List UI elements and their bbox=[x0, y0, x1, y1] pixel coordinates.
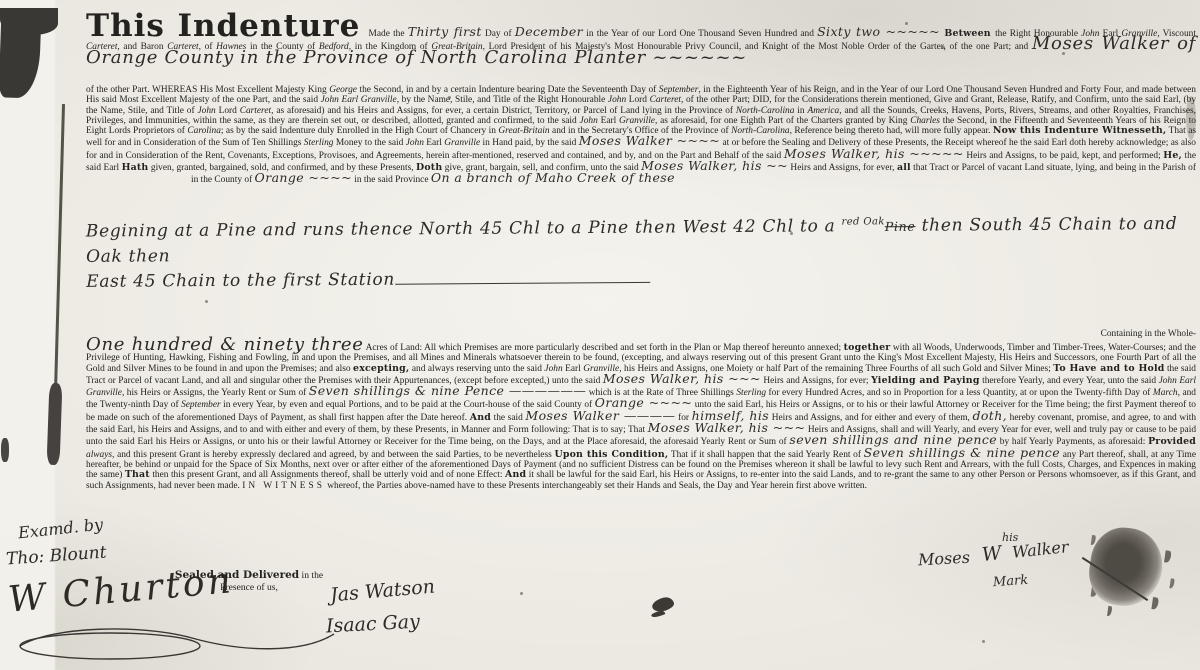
examined-by-note: Examd. by bbox=[17, 515, 104, 543]
text-segment: Sterling bbox=[304, 138, 334, 148]
text-segment: Charles bbox=[910, 116, 940, 126]
text-segment: John Earl Granville bbox=[321, 95, 397, 105]
speck bbox=[205, 300, 208, 303]
text-segment: John bbox=[608, 95, 626, 105]
text-segment: March bbox=[1153, 388, 1178, 398]
text-segment: Seven shillings & nine pence bbox=[864, 445, 1060, 460]
text-segment: East 45 Chain to the first Station bbox=[86, 269, 395, 291]
text-segment: That bbox=[125, 469, 150, 480]
whereas-paragraph: of the other Part. WHEREAS His Most Exce… bbox=[86, 85, 1196, 186]
attestation-rest: in the bbox=[299, 570, 323, 581]
text-segment: He, bbox=[1163, 150, 1182, 161]
text-segment: red Oak bbox=[841, 216, 884, 227]
text-segment: On a branch of Maho Creek of these bbox=[431, 170, 675, 185]
text-segment: December bbox=[515, 24, 583, 39]
text-segment: Yielding and Paying bbox=[871, 375, 980, 386]
text-segment: , and this present Grant is hereby expre… bbox=[112, 450, 554, 460]
signature-flourish bbox=[12, 622, 342, 664]
text-segment: George bbox=[329, 85, 357, 95]
text-segment: Granville bbox=[619, 116, 655, 126]
text-segment: Moses Walker ~~~~ bbox=[579, 133, 720, 148]
text-segment: Carteret bbox=[650, 95, 681, 105]
text-segment: in the County of bbox=[191, 175, 255, 185]
text-segment: Earl bbox=[424, 138, 444, 148]
text-segment: and always reserving unto the said bbox=[409, 364, 544, 374]
paper-fold-stain bbox=[47, 383, 63, 465]
text-segment: John bbox=[197, 106, 215, 116]
sealed-delivered-label: Sealed and Delivered bbox=[175, 569, 299, 581]
grantee-last-name: Walker bbox=[1011, 537, 1069, 562]
text-segment: And bbox=[470, 412, 491, 423]
text-segment: of the other Part. WHEREAS His Most Exce… bbox=[86, 85, 329, 95]
text-segment: that Tract or Parcel of vacant Land situ… bbox=[911, 163, 1196, 173]
text-segment: doth, bbox=[972, 408, 1007, 423]
text-segment: September bbox=[181, 400, 221, 410]
text-segment: Made the bbox=[365, 29, 407, 39]
text-segment: Now this Indenture Witnesseth, bbox=[993, 125, 1166, 136]
indenture-opening-paragraph: This Indenture Made the Thirty first Day… bbox=[86, 13, 1196, 66]
text-segment: for every Hundred Acres, and so in Propo… bbox=[766, 388, 1153, 398]
text-segment: Great-Britain bbox=[498, 126, 549, 136]
text-segment: Provided bbox=[1148, 436, 1196, 447]
text-segment: Earl bbox=[563, 364, 584, 374]
text-segment: in the said Province bbox=[352, 175, 431, 185]
text-segment: September bbox=[659, 85, 699, 95]
habendum-paragraph: One hundred & ninety three Acres of Land… bbox=[86, 340, 1196, 491]
text-segment: , as aforesaid, for one Eighth Part of t… bbox=[655, 116, 910, 126]
attestation-caption: Sealed and Delivered in the Presence of … bbox=[168, 569, 330, 594]
text-segment: Moses Walker, his ~~~~~ bbox=[784, 146, 964, 161]
text-segment: , his Heirs or Assigns, the Yearly Rent … bbox=[122, 388, 309, 398]
text-segment: North-Carolina bbox=[731, 126, 790, 136]
speck bbox=[520, 592, 523, 595]
document-page: This Indenture Made the Thirty first Day… bbox=[0, 0, 1200, 670]
text-segment: John bbox=[544, 364, 562, 374]
text-segment: IN WITNESS bbox=[242, 481, 325, 491]
text-segment: Heirs and Assigns, for ever; bbox=[761, 376, 871, 386]
text-segment: Sterling bbox=[736, 388, 766, 398]
paper-fold-line bbox=[54, 104, 65, 392]
text-segment: This Indenture bbox=[86, 8, 365, 44]
text-segment: Pine bbox=[885, 219, 916, 234]
text-segment: John bbox=[580, 116, 598, 126]
text-segment: in Hand paid, by the said bbox=[480, 138, 579, 148]
text-segment: then this present Grant, and all Assignm… bbox=[150, 470, 505, 480]
text-segment: Upon this Condition, bbox=[554, 449, 668, 460]
text-segment: the said bbox=[491, 413, 525, 423]
text-segment: Carteret bbox=[240, 106, 271, 116]
examiner-name: Tho: Blount bbox=[5, 543, 107, 570]
text-segment: , Reference being thereto had, will more… bbox=[790, 126, 993, 136]
grantee-first-name: Moses bbox=[918, 548, 971, 570]
text-segment: Heirs and Assigns, for ever, bbox=[788, 163, 897, 173]
attestation-line-1: Sealed and Delivered in the bbox=[168, 569, 330, 582]
text-segment: Acres of Land: All which Premises are mo… bbox=[364, 343, 844, 353]
witness-signature-1: Jas Watson bbox=[329, 575, 436, 606]
text-segment: Begining at a Pine and runs thence North… bbox=[86, 216, 842, 241]
text-segment: Moses Walker, his ~~~ bbox=[603, 371, 761, 386]
metes-and-bounds: Begining at a Pine and runs thence North… bbox=[86, 207, 1197, 294]
text-segment: excepting, bbox=[353, 363, 409, 374]
text-segment: together bbox=[844, 342, 891, 353]
text-segment: One hundred & ninety three bbox=[86, 334, 364, 355]
grantee-mark-glyph: W bbox=[981, 542, 1003, 566]
text-segment: And bbox=[505, 469, 526, 480]
text-segment: Moses Walker, his ~~~ bbox=[648, 420, 806, 435]
text-segment: Seven shillings & nine Pence —————— bbox=[309, 383, 586, 398]
text-segment: therefore Yearly, and every Year, unto t… bbox=[980, 376, 1159, 386]
text-segment bbox=[395, 266, 650, 284]
text-segment: all bbox=[897, 162, 911, 173]
edge-mark bbox=[1, 438, 9, 462]
text-segment: Day of bbox=[482, 29, 515, 39]
text-segment: North-Carolina bbox=[736, 106, 795, 116]
text-segment: in the Year of our Lord One Thousand Sev… bbox=[583, 29, 817, 39]
text-segment: That if it shall happen that the said Ye… bbox=[668, 450, 863, 460]
text-segment: Between bbox=[940, 28, 995, 39]
text-segment: Lord bbox=[626, 95, 649, 105]
text-segment: in bbox=[794, 106, 807, 116]
text-segment: always bbox=[86, 450, 112, 460]
text-segment: To Have and to Hold bbox=[1053, 363, 1164, 374]
text-segment: Earl bbox=[598, 116, 619, 126]
text-segment: Heirs and Assigns, to be paid, kept, and… bbox=[964, 151, 1163, 161]
text-segment: the Second, in and by a certain Indentur… bbox=[357, 85, 659, 95]
metes-line-1: Begining at a Pine and runs thence North… bbox=[86, 207, 1196, 269]
grantee-mark-label: Mark bbox=[993, 573, 1029, 590]
text-segment: , as aforesaid) and his Heirs and Assign… bbox=[271, 106, 736, 116]
speck bbox=[982, 640, 985, 643]
witness-signature-2: Isaac Gay bbox=[325, 611, 420, 638]
text-segment: America bbox=[807, 106, 839, 116]
text-segment: John bbox=[406, 138, 424, 148]
attestation-line-2: Presence of us, bbox=[168, 582, 330, 594]
text-segment: ; as by the said Indenture duly Enrolled… bbox=[221, 126, 499, 136]
text-segment: Orange ~~~~ bbox=[255, 170, 352, 185]
text-segment: Carolina bbox=[187, 126, 221, 136]
text-segment: Granville bbox=[444, 138, 480, 148]
text-segment: Sixty two ~~~~~ bbox=[817, 24, 940, 39]
text-segment: whereof, the Parties above-named have to… bbox=[325, 481, 867, 491]
ink-blot bbox=[651, 596, 675, 614]
text-segment: Lord bbox=[216, 106, 240, 116]
text-segment: , by the Name, Stile, and Title of the R… bbox=[397, 95, 608, 105]
text-segment: Thirty first bbox=[408, 24, 482, 39]
text-segment: Hath bbox=[122, 162, 149, 173]
text-segment: Money to the said bbox=[333, 138, 405, 148]
